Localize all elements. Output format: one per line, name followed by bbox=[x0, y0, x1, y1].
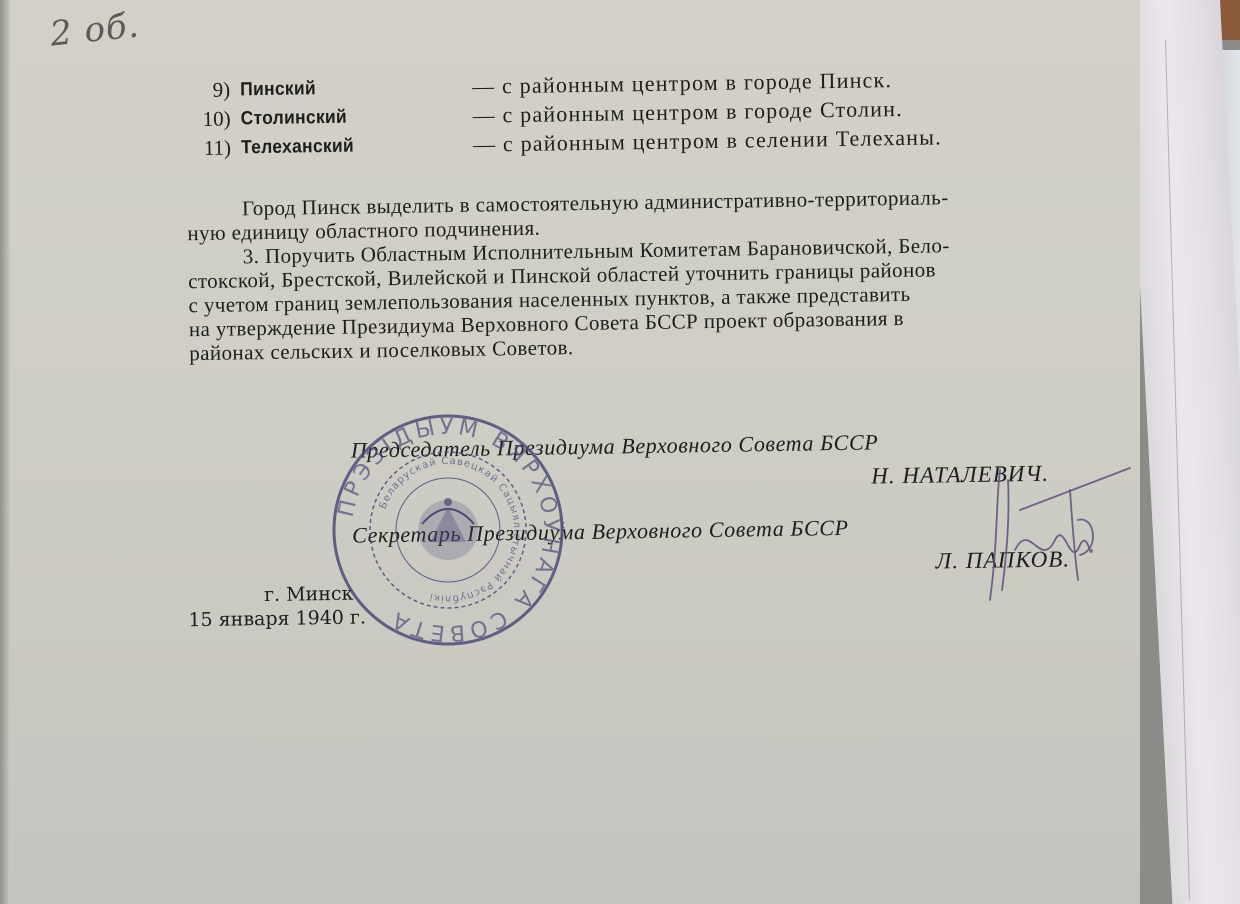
official-stamp: ПРЭЗІДЫУМ ВЯРХОЎНАГА СОВЕТА Беларускай С… bbox=[330, 412, 566, 648]
list-item: 11) Телеханский — с районным центром в с… bbox=[181, 134, 231, 164]
document-body: 9) Пинский — с районным центром в городе… bbox=[0, 0, 1153, 904]
list-item: 10) Столинский — с районным центром в го… bbox=[180, 105, 230, 135]
list-number: 11) bbox=[181, 134, 231, 164]
handwritten-signature bbox=[960, 460, 1140, 610]
paragraph-3: 3. Поручить Областным Исполнительным Ком… bbox=[188, 230, 1145, 365]
district-list: 9) Пинский — с районным центром в городе… bbox=[180, 76, 231, 164]
district-name: Телеханский bbox=[241, 132, 354, 163]
list-number: 10) bbox=[180, 105, 230, 135]
list-number: 9) bbox=[180, 76, 230, 106]
district-name: Столинский bbox=[240, 103, 347, 134]
district-description: — с районным центром в селении Телеханы. bbox=[473, 122, 942, 158]
document-page: 2 об. 9) Пинский — с районным центром в … bbox=[0, 0, 1140, 904]
list-item: 9) Пинский — с районным центром в городе… bbox=[180, 76, 230, 106]
district-name: Пинский bbox=[240, 74, 316, 104]
